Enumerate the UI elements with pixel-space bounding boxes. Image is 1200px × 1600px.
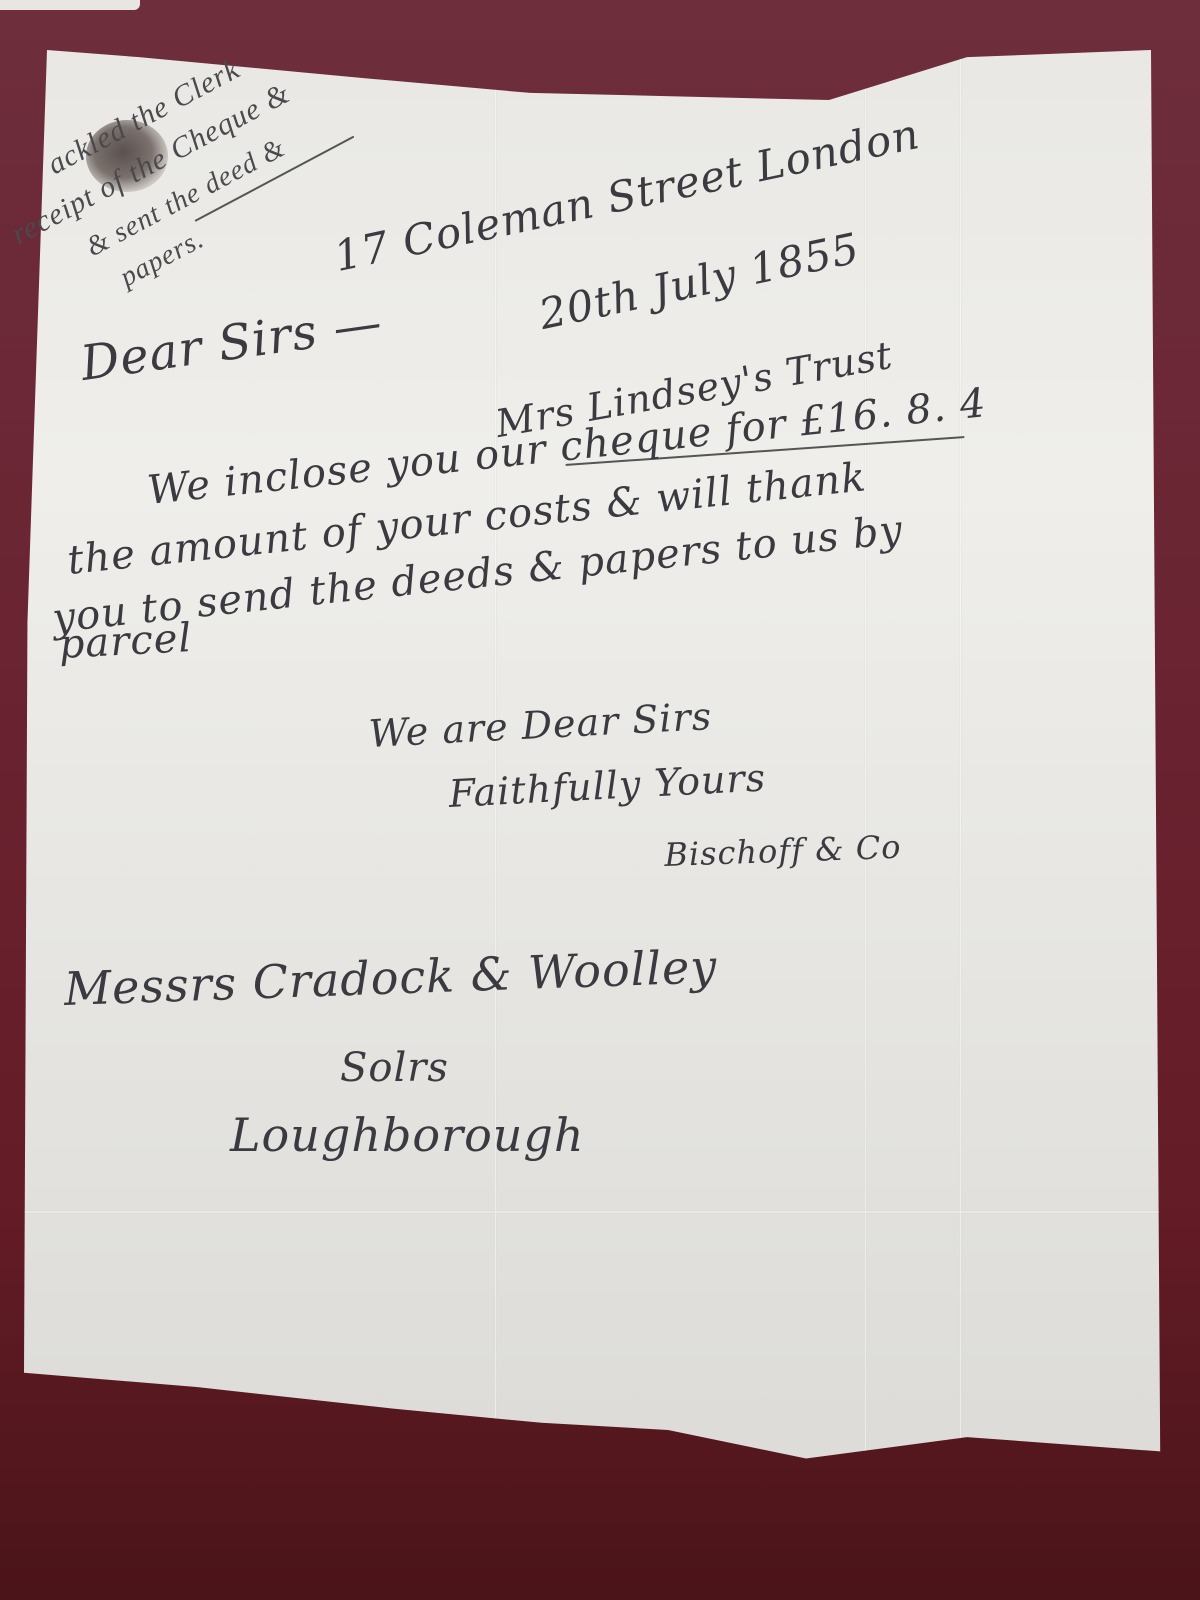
fold-crease [24,1210,1174,1214]
fold-crease [864,50,867,1480]
envelope-edge [0,0,140,10]
fold-crease [494,50,497,1480]
addressee-title: Solrs [340,1045,449,1091]
fold-crease [959,50,962,1480]
addressee-place: Loughborough [230,1108,584,1162]
body-line: parcel [58,615,194,668]
